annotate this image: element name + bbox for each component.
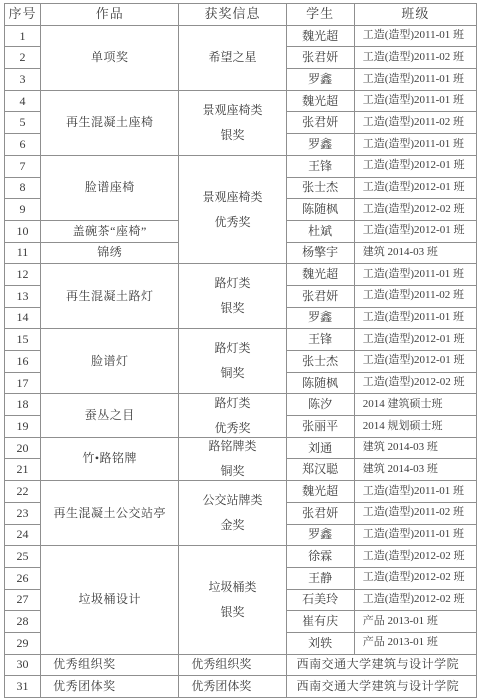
award-line: 垃圾桶类 [179,580,285,595]
student-cell: 罗鑫 [286,134,354,156]
award-line: 金奖 [179,518,285,533]
award-line: 景观座椅类 [179,103,285,118]
class-cell: 工造(造型)2011-01 班 [354,25,476,47]
index-cell: 31 [5,676,41,698]
index-cell: 15 [5,329,41,351]
header-cell-award: 获奖信息 [179,4,286,26]
index-cell: 7 [5,155,41,177]
work-cell: 蚕丛之目 [41,394,179,437]
class-cell: 工造(造型)2012-02 班 [354,372,476,394]
index-cell: 24 [5,524,41,546]
index-cell: 30 [5,654,41,676]
award-line: 银奖 [179,605,285,620]
organization-cell: 西南交通大学建筑与设计学院 [286,676,476,698]
student-cell: 罗鑫 [286,69,354,91]
award-line: 铜奖 [179,464,285,479]
class-cell: 工造(造型)2012-02 班 [354,567,476,589]
award-line: 路灯类 [179,341,285,356]
student-cell: 陈随枫 [286,199,354,221]
award-cell: 垃圾桶类银奖 [179,546,286,654]
work-cell: 再生混凝土座椅 [41,90,179,155]
index-cell: 25 [5,546,41,568]
class-cell: 工造(造型)2012-02 班 [354,546,476,568]
student-cell: 张君妍 [286,502,354,524]
award-line: 希望之星 [179,50,285,65]
student-cell: 张士杰 [286,351,354,373]
class-cell: 工造(造型)2011-02 班 [354,47,476,69]
award-cell: 路灯类银奖 [179,264,286,329]
table-body: 1单项奖希望之星魏光超工造(造型)2011-01 班2张君妍工造(造型)2011… [5,25,477,697]
index-cell: 16 [5,351,41,373]
index-cell: 27 [5,589,41,611]
class-cell: 工造(造型)2011-01 班 [354,264,476,286]
work-cell: 锦绣 [41,242,179,264]
award-cell: 景观座椅类优秀奖 [179,155,286,263]
class-cell: 工造(造型)2011-01 班 [354,307,476,329]
index-cell: 1 [5,25,41,47]
header-row: 序号作品获奖信息学生班级 [5,4,477,26]
class-cell: 工造(造型)2012-01 班 [354,329,476,351]
index-cell: 6 [5,134,41,156]
index-cell: 13 [5,285,41,307]
table-row: 15脸谱灯路灯类铜奖王锋工造(造型)2012-01 班 [5,329,477,351]
index-cell: 9 [5,199,41,221]
work-cell: 盖碗茶“座椅” [41,220,179,242]
class-cell: 工造(造型)2011-02 班 [354,112,476,134]
index-cell: 8 [5,177,41,199]
award-line: 优秀奖 [179,421,285,436]
class-cell: 工造(造型)2011-01 班 [354,481,476,503]
table-row: 25垃圾桶设计垃圾桶类银奖徐霖工造(造型)2012-02 班 [5,546,477,568]
index-cell: 19 [5,416,41,438]
table-row: 12再生混凝土路灯路灯类银奖魏光超工造(造型)2011-01 班 [5,264,477,286]
header-cell-work: 作品 [41,4,179,26]
student-cell: 王锋 [286,155,354,177]
student-cell: 魏光超 [286,264,354,286]
index-cell: 21 [5,459,41,481]
student-cell: 崔有庆 [286,611,354,633]
student-cell: 陈随枫 [286,372,354,394]
header-cell-class: 班级 [354,4,476,26]
award-line: 优秀团体奖 [191,679,285,694]
work-cell: 脸谱灯 [41,329,179,394]
work-cell: 优秀组织奖 [41,654,179,676]
class-cell: 工造(造型)2011-02 班 [354,502,476,524]
award-cell: 优秀组织奖 [179,654,286,676]
class-cell: 工造(造型)2012-01 班 [354,220,476,242]
class-cell: 工造(造型)2012-02 班 [354,589,476,611]
student-cell: 罗鑫 [286,307,354,329]
student-cell: 张君妍 [286,47,354,69]
class-cell: 工造(造型)2011-01 班 [354,134,476,156]
student-cell: 王锋 [286,329,354,351]
class-cell: 工造(造型)2011-02 班 [354,285,476,307]
index-cell: 22 [5,481,41,503]
work-cell: 竹•路铭牌 [41,437,179,480]
table-row: 30优秀组织奖优秀组织奖西南交通大学建筑与设计学院 [5,654,477,676]
student-cell: 张丽平 [286,416,354,438]
award-line: 银奖 [179,301,285,316]
award-cell: 优秀团体奖 [179,676,286,698]
student-cell: 魏光超 [286,481,354,503]
student-cell: 杨擎宇 [286,242,354,264]
award-line: 优秀组织奖 [191,657,285,672]
award-line: 路铭牌类 [179,439,285,454]
award-line: 银奖 [179,128,285,143]
student-cell: 徐霖 [286,546,354,568]
award-line: 优秀奖 [179,215,285,230]
class-cell: 工造(造型)2012-02 班 [354,199,476,221]
index-cell: 3 [5,69,41,91]
student-cell: 王静 [286,567,354,589]
work-cell: 单项奖 [41,25,179,90]
table-row: 18蚕丛之目路灯类优秀奖陈汐2014 建筑硕士班 [5,394,477,416]
table-row: 7脸谱座椅景观座椅类优秀奖王锋工造(造型)2012-01 班 [5,155,477,177]
class-cell: 产品 2013-01 班 [354,611,476,633]
class-cell: 工造(造型)2012-01 班 [354,351,476,373]
index-cell: 10 [5,220,41,242]
student-cell: 张君妍 [286,285,354,307]
award-cell: 公交站牌类金奖 [179,481,286,546]
award-cell: 路灯类优秀奖 [179,394,286,437]
student-cell: 张君妍 [286,112,354,134]
award-cell: 景观座椅类银奖 [179,90,286,155]
award-cell: 希望之星 [179,25,286,90]
award-line: 公交站牌类 [179,493,285,508]
work-cell: 脸谱座椅 [41,155,179,220]
index-cell: 29 [5,632,41,654]
index-cell: 2 [5,47,41,69]
table-row: 22再生混凝土公交站亭公交站牌类金奖魏光超工造(造型)2011-01 班 [5,481,477,503]
table-row: 1单项奖希望之星魏光超工造(造型)2011-01 班 [5,25,477,47]
index-cell: 26 [5,567,41,589]
award-results-table: 序号作品获奖信息学生班级 1单项奖希望之星魏光超工造(造型)2011-01 班2… [4,3,477,698]
index-cell: 11 [5,242,41,264]
index-cell: 4 [5,90,41,112]
class-cell: 工造(造型)2012-01 班 [354,177,476,199]
class-cell: 2014 建筑硕士班 [354,394,476,416]
class-cell: 工造(造型)2011-01 班 [354,524,476,546]
student-cell: 陈汐 [286,394,354,416]
table-row: 4再生混凝土座椅景观座椅类银奖魏光超工造(造型)2011-01 班 [5,90,477,112]
award-cell: 路灯类铜奖 [179,329,286,394]
class-cell: 产品 2013-01 班 [354,632,476,654]
work-cell: 优秀团体奖 [41,676,179,698]
index-cell: 14 [5,307,41,329]
index-cell: 18 [5,394,41,416]
student-cell: 石美玲 [286,589,354,611]
header-cell-student: 学生 [286,4,354,26]
index-cell: 20 [5,437,41,459]
student-cell: 罗鑫 [286,524,354,546]
award-line: 路灯类 [179,396,285,411]
student-cell: 郑汉聪 [286,459,354,481]
student-cell: 刘通 [286,437,354,459]
work-cell: 再生混凝土路灯 [41,264,179,329]
index-cell: 23 [5,502,41,524]
index-cell: 17 [5,372,41,394]
table-header: 序号作品获奖信息学生班级 [5,4,477,26]
table-row: 31优秀团体奖优秀团体奖西南交通大学建筑与设计学院 [5,676,477,698]
award-line: 路灯类 [179,276,285,291]
header-cell-no: 序号 [5,4,41,26]
class-cell: 工造(造型)2012-01 班 [354,155,476,177]
class-cell: 建筑 2014-03 班 [354,437,476,459]
class-cell: 建筑 2014-03 班 [354,459,476,481]
student-cell: 魏光超 [286,25,354,47]
student-cell: 张士杰 [286,177,354,199]
student-cell: 杜斌 [286,220,354,242]
class-cell: 工造(造型)2011-01 班 [354,90,476,112]
work-cell: 再生混凝土公交站亭 [41,481,179,546]
index-cell: 5 [5,112,41,134]
award-line: 景观座椅类 [179,190,285,205]
class-cell: 建筑 2014-03 班 [354,242,476,264]
index-cell: 12 [5,264,41,286]
class-cell: 工造(造型)2011-01 班 [354,69,476,91]
student-cell: 魏光超 [286,90,354,112]
work-cell: 垃圾桶设计 [41,546,179,654]
table-row: 20竹•路铭牌路铭牌类铜奖刘通建筑 2014-03 班 [5,437,477,459]
student-cell: 刘轶 [286,632,354,654]
index-cell: 28 [5,611,41,633]
award-line: 铜奖 [179,366,285,381]
class-cell: 2014 规划硕士班 [354,416,476,438]
organization-cell: 西南交通大学建筑与设计学院 [286,654,476,676]
award-cell: 路铭牌类铜奖 [179,437,286,480]
